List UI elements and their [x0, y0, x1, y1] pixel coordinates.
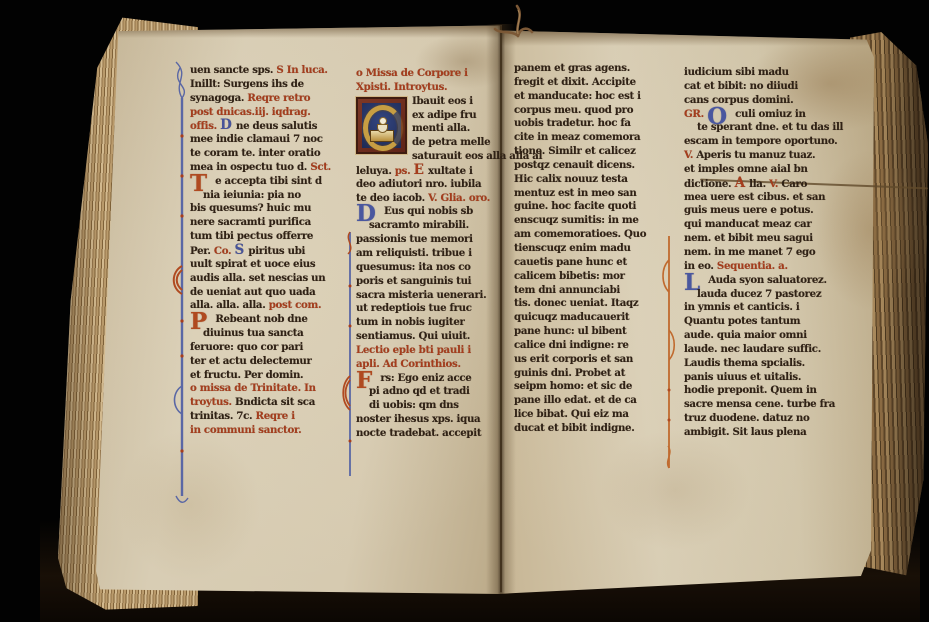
body-text: ambigit. Sit laus plena [684, 426, 806, 438]
body-text: culi omiuz in [735, 108, 805, 120]
body-text: fregit et dixit. Accipite [514, 76, 636, 88]
left-page-column-1: uen sancte sps. S In luca.Inillt: Surgen… [190, 64, 360, 438]
body-text: tienscuqz enim madu [514, 242, 631, 254]
rubric-text: Reqre retro [247, 92, 310, 104]
rubric-text: S In luca. [276, 64, 327, 76]
body-text: mentuz est in meo san [514, 187, 636, 199]
body-text: synagoga. [190, 92, 247, 104]
text-line: escam in tempore oportuno. [684, 135, 844, 149]
body-text: calice dni indigne: re [514, 339, 629, 351]
body-text: tione. Similr et calicez [514, 145, 636, 157]
text-line: Per. Co. S piritus ubi [190, 244, 360, 258]
body-text: cauetis pane hunc et [514, 256, 627, 268]
body-text: ut redeptiois tue fruc [356, 302, 472, 314]
text-line: D Eus qui nobis sb [356, 205, 498, 219]
text-line: fregit et dixit. Accipite [514, 76, 668, 90]
body-text: nocte tradebat. accepit [356, 427, 481, 439]
body-text: quicuqz maducauerit [514, 311, 629, 323]
body-text: uult spirat et uoce eius [190, 258, 315, 270]
body-text: Ibauit eos i [412, 95, 473, 107]
rubric-text: Co. [214, 245, 235, 257]
rubric-text: Sct. [310, 161, 331, 173]
body-text: guinis dni. Probet at [514, 367, 625, 379]
text-line: quesumus: ita nos co [356, 261, 498, 275]
text-line: cat et bibit: no diiudi [684, 80, 844, 94]
body-text: xultate i [428, 165, 473, 177]
text-line: am comemoratioes. Quo [514, 228, 668, 242]
text-line: GR. O culi omiuz in [684, 108, 844, 122]
text-line: laude. nec laudare suffic. [684, 343, 844, 357]
body-text: et imples omne aial bn [684, 163, 808, 175]
body-text: cans corpus domini. [684, 94, 793, 106]
text-line: post dnicas.iij. iqdrag. [190, 106, 360, 120]
center-fold-line [500, 26, 502, 592]
text-line: pane illo edat. et de ca [514, 394, 668, 408]
text-line: noster ihesus xps. iqua [356, 413, 498, 427]
body-text: am comemoratioes. Quo [514, 228, 646, 240]
body-text: de ueniat aut quo uada [190, 286, 315, 298]
text-line: alla. alla. alla. post com. [190, 299, 360, 313]
text-line: audis alla. set nescias un [190, 272, 360, 286]
body-text: panis uiuus et uitalis. [684, 371, 801, 383]
body-text: Hic calix nouuz testa [514, 173, 628, 185]
text-line: nem. in me manet 7 ego [684, 246, 844, 260]
body-text: te sperant dne. et tu das ill [697, 121, 843, 133]
body-text: passionis tue memori [356, 233, 473, 245]
body-text: ter et actu delectemur [190, 355, 312, 367]
rubric-text: V. Glia. oro. [428, 192, 490, 204]
body-text: ne deus salutis [236, 120, 317, 132]
text-line: tis. donec ueniat. Itaqz [514, 297, 668, 311]
text-line: calicem bibetis: mor [514, 270, 668, 284]
body-text: Inillt: Surgens ihs de [190, 78, 304, 90]
body-text: postqz cenauit dicens. [514, 159, 635, 171]
text-line: cauetis pane hunc et [514, 256, 668, 270]
text-line: Quantu potes tantum [684, 315, 844, 329]
text-line: seipm homo: et sic de [514, 380, 668, 394]
text-line: lice bibat. Qui eiz ma [514, 408, 668, 422]
text-line: sacra misteria uenerari. [356, 289, 498, 303]
body-text: quesumus: ita nos co [356, 261, 471, 273]
body-text: truz duodene. datuz no [684, 412, 810, 424]
body-text: deo adiutori nro. iubila [356, 178, 481, 190]
body-text: Caro [781, 178, 807, 190]
body-text: menti alla. [412, 122, 470, 134]
body-text: Rebeant nob dne [215, 313, 307, 325]
body-text: te coram te. inter oratio [190, 147, 320, 159]
text-line: dictione. A lla. V. Caro [684, 177, 844, 191]
text-line: mea in ospectu tuo d. Sct. [190, 161, 360, 175]
text-line: et imples omne aial bn [684, 163, 844, 177]
body-text: aude. quia maior omni [684, 329, 807, 341]
body-text: hodie preponit. Quem in [684, 384, 817, 396]
rubric-text: Reqre i [256, 410, 295, 422]
text-line: pane hunc: ul bibent [514, 325, 668, 339]
body-text: cite in meaz comemora [514, 131, 640, 143]
text-line: te coram te. inter oratio [190, 147, 360, 161]
text-line: hodie preponit. Quem in [684, 384, 844, 398]
rubric-text: V. [769, 178, 781, 190]
rubric-text: Xpisti. Introytus. [356, 81, 447, 93]
body-text: pane illo edat. et de ca [514, 394, 637, 406]
body-text: lauda ducez 7 pastorez [697, 288, 821, 300]
text-line: L Auda syon saluatorez. [684, 274, 844, 288]
body-text: lla. [749, 178, 769, 190]
body-text: et manducate: hoc est i [514, 90, 641, 102]
text-line: in communi sanctor. [190, 424, 360, 438]
body-text: nem. et bibit meu sagui [684, 232, 813, 244]
text-line: ut redeptiois tue fruc [356, 302, 498, 316]
body-text: pi adno qd et tradi [369, 385, 470, 397]
text-line: ter et actu delectemur [190, 355, 360, 369]
text-line: P Rebeant nob dne [190, 313, 360, 327]
rubric-text: GR. [684, 108, 707, 120]
host-shape [379, 117, 387, 125]
body-text: Quantu potes tantum [684, 315, 800, 327]
body-text: mee indie clamaui 7 noc [190, 133, 323, 145]
text-line: feruore: quo cor pari [190, 341, 360, 355]
body-text: Aperis tu manuz tuaz. [696, 149, 815, 161]
body-text: escam in tempore oportuno. [684, 135, 837, 147]
rubric-text: o missa de Trinitate. In [190, 382, 316, 394]
body-text: tum in nobis iugiter [356, 316, 465, 328]
body-text: sacra misteria uenerari. [356, 289, 486, 301]
body-text: pane hunc: ul bibent [514, 325, 626, 337]
rubric-text: troytus. [190, 396, 235, 408]
body-text: diuinus tua sancta [203, 327, 303, 339]
text-line: sacre mensa cene. turbe fra [684, 398, 844, 412]
text-line: troytus. Bndicta sit sca [190, 396, 360, 410]
text-line: postqz cenauit dicens. [514, 159, 668, 173]
body-text: rs: Ego eniz acce [380, 372, 471, 384]
body-text: nem. in me manet 7 ego [684, 246, 815, 258]
body-text: Eus qui nobis sb [384, 205, 473, 217]
body-text: et fructu. Per domin. [190, 369, 303, 381]
body-text: panem et gras agens. [514, 62, 630, 74]
body-text: Per. [190, 245, 214, 257]
text-line: guis meus uere e potus. [684, 204, 844, 218]
text-line: truz duodene. datuz no [684, 412, 844, 426]
body-text: bis quesums? huic mu [190, 202, 311, 214]
text-line: cite in meaz comemora [514, 131, 668, 145]
body-text: dictione. [684, 178, 735, 190]
body-text: am reliquisti. tribue i [356, 247, 472, 259]
body-text: audis alla. set nescias un [190, 272, 325, 284]
text-line: Laudis thema spcialis. [684, 357, 844, 371]
body-text: uobis tradetur. hoc fa [514, 117, 631, 129]
body-text: mea uere est cibus. et san [684, 191, 825, 203]
text-line: nem. et bibit meu sagui [684, 232, 844, 246]
body-text: S [235, 242, 249, 258]
rubric-text: Sequentia. a. [717, 260, 788, 272]
body-text: nere sacramti purifica [190, 216, 311, 228]
rubric-text: V. [684, 149, 696, 161]
body-text: guis meus uere e potus. [684, 204, 813, 216]
text-line: tione. Similr et calicez [514, 145, 668, 159]
rubric-text: ps. [395, 165, 414, 177]
body-text: enscuqz sumitis: in me [514, 214, 639, 226]
text-line: corpus meu. quod pro [514, 104, 668, 118]
text-line: nia ieiunia: pia no [190, 189, 360, 203]
text-line: passionis tue memori [356, 233, 498, 247]
text-line: Inillt: Surgens ihs de [190, 78, 360, 92]
body-text: uen sancte sps. [190, 64, 276, 76]
text-line: nere sacramti purifica [190, 216, 360, 230]
text-line: uult spirat et uoce eius [190, 258, 360, 272]
body-text: corpus meu. quod pro [514, 104, 633, 116]
text-line: te sperant dne. et tu das ill [684, 121, 844, 135]
body-text: seipm homo: et sic de [514, 380, 632, 392]
body-text: nia ieiunia: pia no [203, 189, 301, 201]
text-line: sacramto mirabili. [356, 219, 498, 233]
text-line: poris et sanguinis tui [356, 275, 498, 289]
body-text: cat et bibit: no diiudi [684, 80, 798, 92]
body-text: sacre mensa cene. turbe fra [684, 398, 835, 410]
body-text: Laudis thema spcialis. [684, 357, 805, 369]
text-line: ambigit. Sit laus plena [684, 426, 844, 440]
text-line: quicuqz maducauerit [514, 311, 668, 325]
left-page-column-2: o Missa de Corpore iXpisti. Introytus.Ib… [356, 67, 498, 441]
text-line: uobis tradetur. hoc fa [514, 117, 668, 131]
text-line: us erit corporis et san [514, 353, 668, 367]
headband-cord-icon [488, 2, 544, 40]
body-text: us erit corporis et san [514, 353, 633, 365]
text-line: de ueniat aut quo uada [190, 286, 360, 300]
text-line: mea uere est cibus. et san [684, 191, 844, 205]
text-line: bis quesums? huic mu [190, 202, 360, 216]
body-text: piritus ubi [248, 245, 305, 257]
body-text: ducat et bibit indigne. [514, 422, 635, 434]
illuminated-initial-c-chalice-miniature [356, 97, 407, 154]
body-text: leluya. [356, 165, 395, 177]
text-line: deo adiutori nro. iubila [356, 178, 498, 192]
right-page-column-1: panem et gras agens.fregit et dixit. Acc… [514, 62, 668, 436]
text-line: offis. D ne deus salutis [190, 119, 360, 133]
rubric-text: post com. [269, 299, 322, 311]
body-text: lice bibat. Qui eiz ma [514, 408, 629, 420]
body-text: tum tibi pectus offerre [190, 230, 313, 242]
text-line: panis uiuus et uitalis. [684, 371, 844, 385]
text-line: et fructu. Per domin. [190, 369, 360, 383]
rubric-text: offis. [190, 120, 220, 132]
text-line: in ymnis et canticis. i [684, 301, 844, 315]
text-line: F rs: Ego eniz acce [356, 372, 498, 386]
text-line: Xpisti. Introytus. [356, 81, 498, 95]
right-page-column-2: iudicium sibi maducat et bibit: no diiud… [684, 66, 844, 440]
text-line: qui manducat meaz car [684, 218, 844, 232]
text-line: lauda ducez 7 pastorez [684, 288, 844, 302]
rubric-text: Lectio eple bti pauli i [356, 344, 471, 356]
chalice-shape [377, 124, 388, 133]
text-line: tum in nobis iugiter [356, 316, 498, 330]
body-text: in ymnis et canticis. i [684, 301, 799, 313]
text-line: diuinus tua sancta [190, 327, 360, 341]
body-text: sentiamus. Qui uiuit. [356, 330, 470, 342]
manuscript-photo: uen sancte sps. S In luca.Inillt: Surgen… [0, 0, 929, 622]
text-line: di uobis: qm dns [356, 399, 498, 413]
text-line: trinitas. 7c. Reqre i [190, 410, 360, 424]
body-text: di uobis: qm dns [369, 399, 459, 411]
text-line: o Missa de Corpore i [356, 67, 498, 81]
text-line: guinis dni. Probet at [514, 367, 668, 381]
body-text: A [735, 175, 750, 191]
body-text: qui manducat meaz car [684, 218, 811, 230]
body-text: Auda syon saluatorez. [708, 274, 827, 286]
text-line: guine. hoc facite quoti [514, 200, 668, 214]
text-line: Lectio eple bti pauli i [356, 344, 498, 358]
text-line: iudicium sibi madu [684, 66, 844, 80]
text-line: T e accepta tibi sint d [190, 175, 360, 189]
text-line: synagoga. Reqre retro [190, 92, 360, 106]
text-line: leluya. ps. E xultate i [356, 164, 498, 178]
body-text: D [220, 117, 236, 133]
rubric-text: o Missa de Corpore i [356, 67, 468, 79]
body-text: tem dni annunciabi [514, 284, 620, 296]
text-line: aude. quia maior omni [684, 329, 844, 343]
body-text: sacramto mirabili. [369, 219, 469, 231]
body-text: tis. donec ueniat. Itaqz [514, 297, 638, 309]
text-line: panem et gras agens. [514, 62, 668, 76]
body-text: E [414, 162, 428, 178]
body-text: noster ihesus xps. iqua [356, 413, 480, 425]
body-text: Bndicta sit sca [235, 396, 315, 408]
text-line: ducat et bibit indigne. [514, 422, 668, 436]
text-line: tienscuqz enim madu [514, 242, 668, 256]
body-text: de petra melle [412, 136, 490, 148]
body-text: feruore: quo cor pari [190, 341, 303, 353]
body-text: ex adipe fru [412, 109, 476, 121]
text-line: tem dni annunciabi [514, 284, 668, 298]
body-text: poris et sanguinis tui [356, 275, 471, 287]
body-text: e accepta tibi sint d [215, 175, 322, 187]
text-line: sentiamus. Qui uiuit. [356, 330, 498, 344]
body-text: guine. hoc facite quoti [514, 200, 636, 212]
text-line: am reliquisti. tribue i [356, 247, 498, 261]
text-line: calice dni indigne: re [514, 339, 668, 353]
text-line: pi adno qd et tradi [356, 385, 498, 399]
text-line: mee indie clamaui 7 noc [190, 133, 360, 147]
text-line: et manducate: hoc est i [514, 90, 668, 104]
rubric-text: post dnicas.iij. iqdrag. [190, 106, 310, 118]
body-text: calicem bibetis: mor [514, 270, 625, 282]
text-line: enscuqz sumitis: in me [514, 214, 668, 228]
text-line: o missa de Trinitate. In [190, 382, 360, 396]
text-line: V. Aperis tu manuz tuaz. [684, 149, 844, 163]
text-line: uen sancte sps. S In luca. [190, 64, 360, 78]
body-text: trinitas. 7c. [190, 410, 256, 422]
text-line: mentuz est in meo san [514, 187, 668, 201]
body-text: laude. nec laudare suffic. [684, 343, 821, 355]
rubric-text: in communi sanctor. [190, 424, 301, 436]
text-line: tum tibi pectus offerre [190, 230, 360, 244]
text-line: Hic calix nouuz testa [514, 173, 668, 187]
text-line: nocte tradebat. accepit [356, 427, 498, 441]
body-text: iudicium sibi madu [684, 66, 789, 78]
